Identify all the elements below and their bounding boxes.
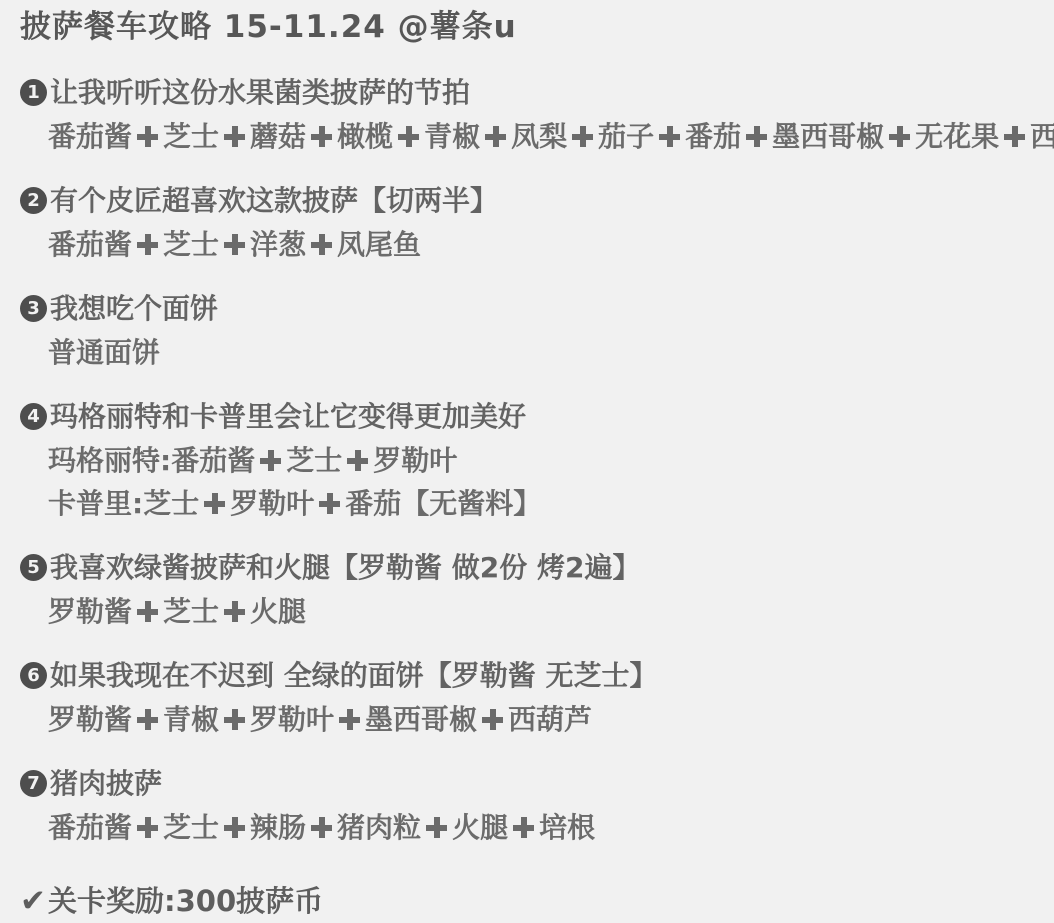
plus-icon — [224, 126, 245, 147]
recipe-line: 番茄酱芝士洋葱凤尾鱼 — [20, 230, 1034, 259]
step-heading: 4玛格丽特和卡普里会让它变得更加美好 — [20, 401, 1034, 432]
ingredient-text: 猪肉粒 — [337, 811, 421, 844]
ingredient-text: 培根 — [539, 811, 595, 844]
ingredient-text: 番茄酱 — [48, 228, 132, 261]
step-item: 7猪肉披萨番茄酱芝士辣肠猪肉粒火腿培根 — [20, 768, 1034, 842]
ingredient-text: 番茄酱 — [48, 811, 132, 844]
step-item: 1让我听听这份水果菌类披萨的节拍番茄酱芝士蘑菇橄榄青椒凤梨茄子番茄墨西哥椒无花果… — [20, 77, 1034, 151]
step-heading: 5我喜欢绿酱披萨和火腿【罗勒酱 做2份 烤2遍】 — [20, 552, 1034, 583]
ingredient-text: 青椒 — [163, 703, 219, 736]
recipe-line: 番茄酱芝士辣肠猪肉粒火腿培根 — [20, 813, 1034, 842]
plus-icon — [311, 817, 332, 838]
plus-icon — [426, 817, 447, 838]
step-number-badge: 5 — [20, 554, 47, 581]
plus-icon — [137, 709, 158, 730]
step-number-badge: 6 — [20, 662, 47, 689]
plus-icon — [224, 709, 245, 730]
step-heading: 6如果我现在不迟到 全绿的面饼【罗勒酱 无芝士】 — [20, 660, 1034, 691]
ingredient-text: 番茄酱 — [48, 120, 132, 153]
ingredient-text: 蘑菇 — [250, 120, 306, 153]
plus-icon — [311, 234, 332, 255]
step-item: 2有个皮匠超喜欢这款披萨【切两半】番茄酱芝士洋葱凤尾鱼 — [20, 185, 1034, 259]
ingredient-text: 墨西哥椒 — [772, 120, 884, 153]
ingredient-text: 番茄 — [685, 120, 741, 153]
step-heading: 1让我听听这份水果菌类披萨的节拍 — [20, 77, 1034, 108]
recipe-suffix: 【无酱料】 — [401, 487, 541, 520]
footer-reward-text: 关卡奖励:300披萨币 — [48, 886, 323, 917]
ingredient-text: 茄子 — [598, 120, 654, 153]
guide-page: 披萨餐车攻略 15-11.24 @薯条u 1让我听听这份水果菌类披萨的节拍番茄酱… — [0, 0, 1054, 917]
step-item: 5我喜欢绿酱披萨和火腿【罗勒酱 做2份 烤2遍】罗勒酱芝士火腿 — [20, 552, 1034, 626]
ingredient-text: 罗勒叶 — [373, 444, 457, 477]
step-item: 4玛格丽特和卡普里会让它变得更加美好玛格丽特:番茄酱芝士罗勒叶卡普里:芝士罗勒叶… — [20, 401, 1034, 518]
ingredient-text: 芝士 — [163, 228, 219, 261]
plus-icon — [347, 450, 368, 471]
step-item: 6如果我现在不迟到 全绿的面饼【罗勒酱 无芝士】罗勒酱青椒罗勒叶墨西哥椒西葫芦 — [20, 660, 1034, 734]
ingredient-text: 普通面饼 — [48, 336, 160, 369]
footer-reward: ✔ 关卡奖励:300披萨币 — [20, 886, 1034, 917]
step-item: 3我想吃个面饼普通面饼 — [20, 293, 1034, 367]
ingredient-text: 凤梨 — [511, 120, 567, 153]
recipe-line: 罗勒酱青椒罗勒叶墨西哥椒西葫芦 — [20, 705, 1034, 734]
plus-icon — [889, 126, 910, 147]
plus-icon — [224, 817, 245, 838]
recipe-prefix: 玛格丽特: — [48, 444, 171, 477]
step-heading: 7猪肉披萨 — [20, 768, 1034, 799]
step-number-badge: 1 — [20, 79, 47, 106]
step-heading-text: 玛格丽特和卡普里会让它变得更加美好 — [50, 401, 526, 432]
recipe-prefix: 卡普里: — [48, 487, 143, 520]
plus-icon — [572, 126, 593, 147]
ingredient-text: 火腿 — [452, 811, 508, 844]
step-heading-text: 让我听听这份水果菌类披萨的节拍 — [50, 77, 470, 108]
ingredient-text: 罗勒酱 — [48, 595, 132, 628]
plus-icon — [224, 234, 245, 255]
ingredient-text: 芝士 — [163, 811, 219, 844]
ingredient-text: 墨西哥椒 — [365, 703, 477, 736]
ingredient-text: 番茄 — [345, 487, 401, 520]
ingredient-text: 罗勒叶 — [230, 487, 314, 520]
ingredient-text: 无花果 — [915, 120, 999, 153]
step-heading-text: 猪肉披萨 — [50, 768, 162, 799]
ingredient-text: 芝士 — [163, 595, 219, 628]
plus-icon — [137, 817, 158, 838]
step-heading-text: 我想吃个面饼 — [50, 293, 218, 324]
ingredient-text: 火腿 — [250, 595, 306, 628]
plus-icon — [1004, 126, 1025, 147]
ingredient-text: 凤尾鱼 — [337, 228, 421, 261]
ingredient-text: 青椒 — [424, 120, 480, 153]
plus-icon — [260, 450, 281, 471]
ingredient-text: 芝士 — [143, 487, 199, 520]
plus-icon — [137, 126, 158, 147]
step-heading: 2有个皮匠超喜欢这款披萨【切两半】 — [20, 185, 1034, 216]
ingredient-text: 罗勒叶 — [250, 703, 334, 736]
plus-icon — [485, 126, 506, 147]
recipe-line: 番茄酱芝士蘑菇橄榄青椒凤梨茄子番茄墨西哥椒无花果西葫芦 — [20, 122, 1034, 151]
step-heading-text: 有个皮匠超喜欢这款披萨【切两半】 — [50, 185, 498, 216]
plus-icon — [513, 817, 534, 838]
ingredient-text: 辣肠 — [250, 811, 306, 844]
step-number-badge: 7 — [20, 770, 47, 797]
recipe-line: 普通面饼 — [20, 338, 1034, 367]
ingredient-text: 西葫芦 — [508, 703, 592, 736]
steps-list: 1让我听听这份水果菌类披萨的节拍番茄酱芝士蘑菇橄榄青椒凤梨茄子番茄墨西哥椒无花果… — [20, 77, 1034, 842]
check-icon: ✔ — [20, 886, 46, 917]
plus-icon — [746, 126, 767, 147]
step-number-badge: 2 — [20, 187, 47, 214]
step-number-badge: 4 — [20, 403, 47, 430]
step-heading: 3我想吃个面饼 — [20, 293, 1034, 324]
step-number-badge: 3 — [20, 295, 47, 322]
page-title: 披萨餐车攻略 15-11.24 @薯条u — [20, 12, 1034, 43]
plus-icon — [137, 234, 158, 255]
ingredient-text: 洋葱 — [250, 228, 306, 261]
ingredient-text: 芝士 — [286, 444, 342, 477]
ingredient-text: 罗勒酱 — [48, 703, 132, 736]
plus-icon — [659, 126, 680, 147]
recipe-line: 卡普里:芝士罗勒叶番茄【无酱料】 — [20, 489, 1034, 518]
ingredient-text: 西葫芦 — [1030, 120, 1054, 153]
step-heading-text: 如果我现在不迟到 全绿的面饼【罗勒酱 无芝士】 — [50, 660, 658, 691]
plus-icon — [319, 493, 340, 514]
ingredient-text: 番茄酱 — [171, 444, 255, 477]
plus-icon — [339, 709, 360, 730]
plus-icon — [482, 709, 503, 730]
ingredient-text: 芝士 — [163, 120, 219, 153]
ingredient-text: 橄榄 — [337, 120, 393, 153]
plus-icon — [311, 126, 332, 147]
recipe-line: 玛格丽特:番茄酱芝士罗勒叶 — [20, 446, 1034, 475]
plus-icon — [224, 601, 245, 622]
step-heading-text: 我喜欢绿酱披萨和火腿【罗勒酱 做2份 烤2遍】 — [50, 552, 640, 583]
plus-icon — [137, 601, 158, 622]
recipe-line: 罗勒酱芝士火腿 — [20, 597, 1034, 626]
plus-icon — [204, 493, 225, 514]
plus-icon — [398, 126, 419, 147]
